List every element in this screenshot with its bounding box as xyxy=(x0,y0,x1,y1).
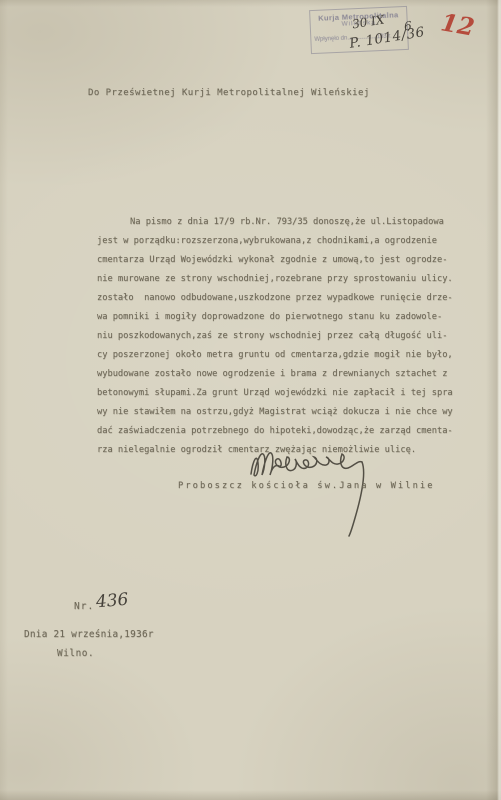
handwritten-page-number: 12 xyxy=(439,7,477,41)
handwritten-nr-value: 436 xyxy=(95,590,129,613)
body-line: betonowymi słupami.Za grunt Urząd wojewó… xyxy=(97,384,453,403)
body-line: cy poszerzonej około metra gruntu od cme… xyxy=(97,346,453,365)
body-line: zostało nanowo odbudowane,uszkodzone prz… xyxy=(97,289,453,308)
letter-salutation: Do Prześwietnej Kurji Metropolitalnej Wi… xyxy=(88,88,370,98)
body-line: wybudowane zostało nowe ogrodzenie i bra… xyxy=(97,365,453,384)
body-line: wa pomniki i mogiły doprowadzone do pier… xyxy=(97,308,453,327)
body-line: niu poszkodowanych,zaś ze strony wschodn… xyxy=(97,327,453,346)
body-line: wy nie stawiłem na ostrzu,gdyż Magistrat… xyxy=(97,403,453,422)
document-page: Kurja Metropolitalna Wileńska Wpłynęło d… xyxy=(0,0,501,800)
signature-handwriting xyxy=(243,442,378,542)
body-line: jest w porządku:rozszerzona,wybrukowana,… xyxy=(97,232,453,251)
body-line: cmentarza Urząd Wojewódzki wykonał zgodn… xyxy=(97,251,453,270)
stamp-received-label: Wpłynęło dn. xyxy=(314,35,349,43)
body-line: nie murowane ze strony wschodniej,rozebr… xyxy=(97,270,453,289)
letter-city: Wilno. xyxy=(57,648,94,659)
letter-body: Na pismo z dnia 17/9 rb.Nr. 793/35 donos… xyxy=(97,213,453,460)
body-line: dać zaświadczenia potrzebnego do hipotek… xyxy=(97,422,453,441)
letter-date: Dnia 21 września,1936r xyxy=(24,629,154,640)
signer-title: Proboszcz kościoła św.Jana w Wilnie xyxy=(178,481,435,491)
nr-label: Nr. xyxy=(74,601,94,612)
body-line: Na pismo z dnia 17/9 rb.Nr. 793/35 donos… xyxy=(97,213,453,232)
